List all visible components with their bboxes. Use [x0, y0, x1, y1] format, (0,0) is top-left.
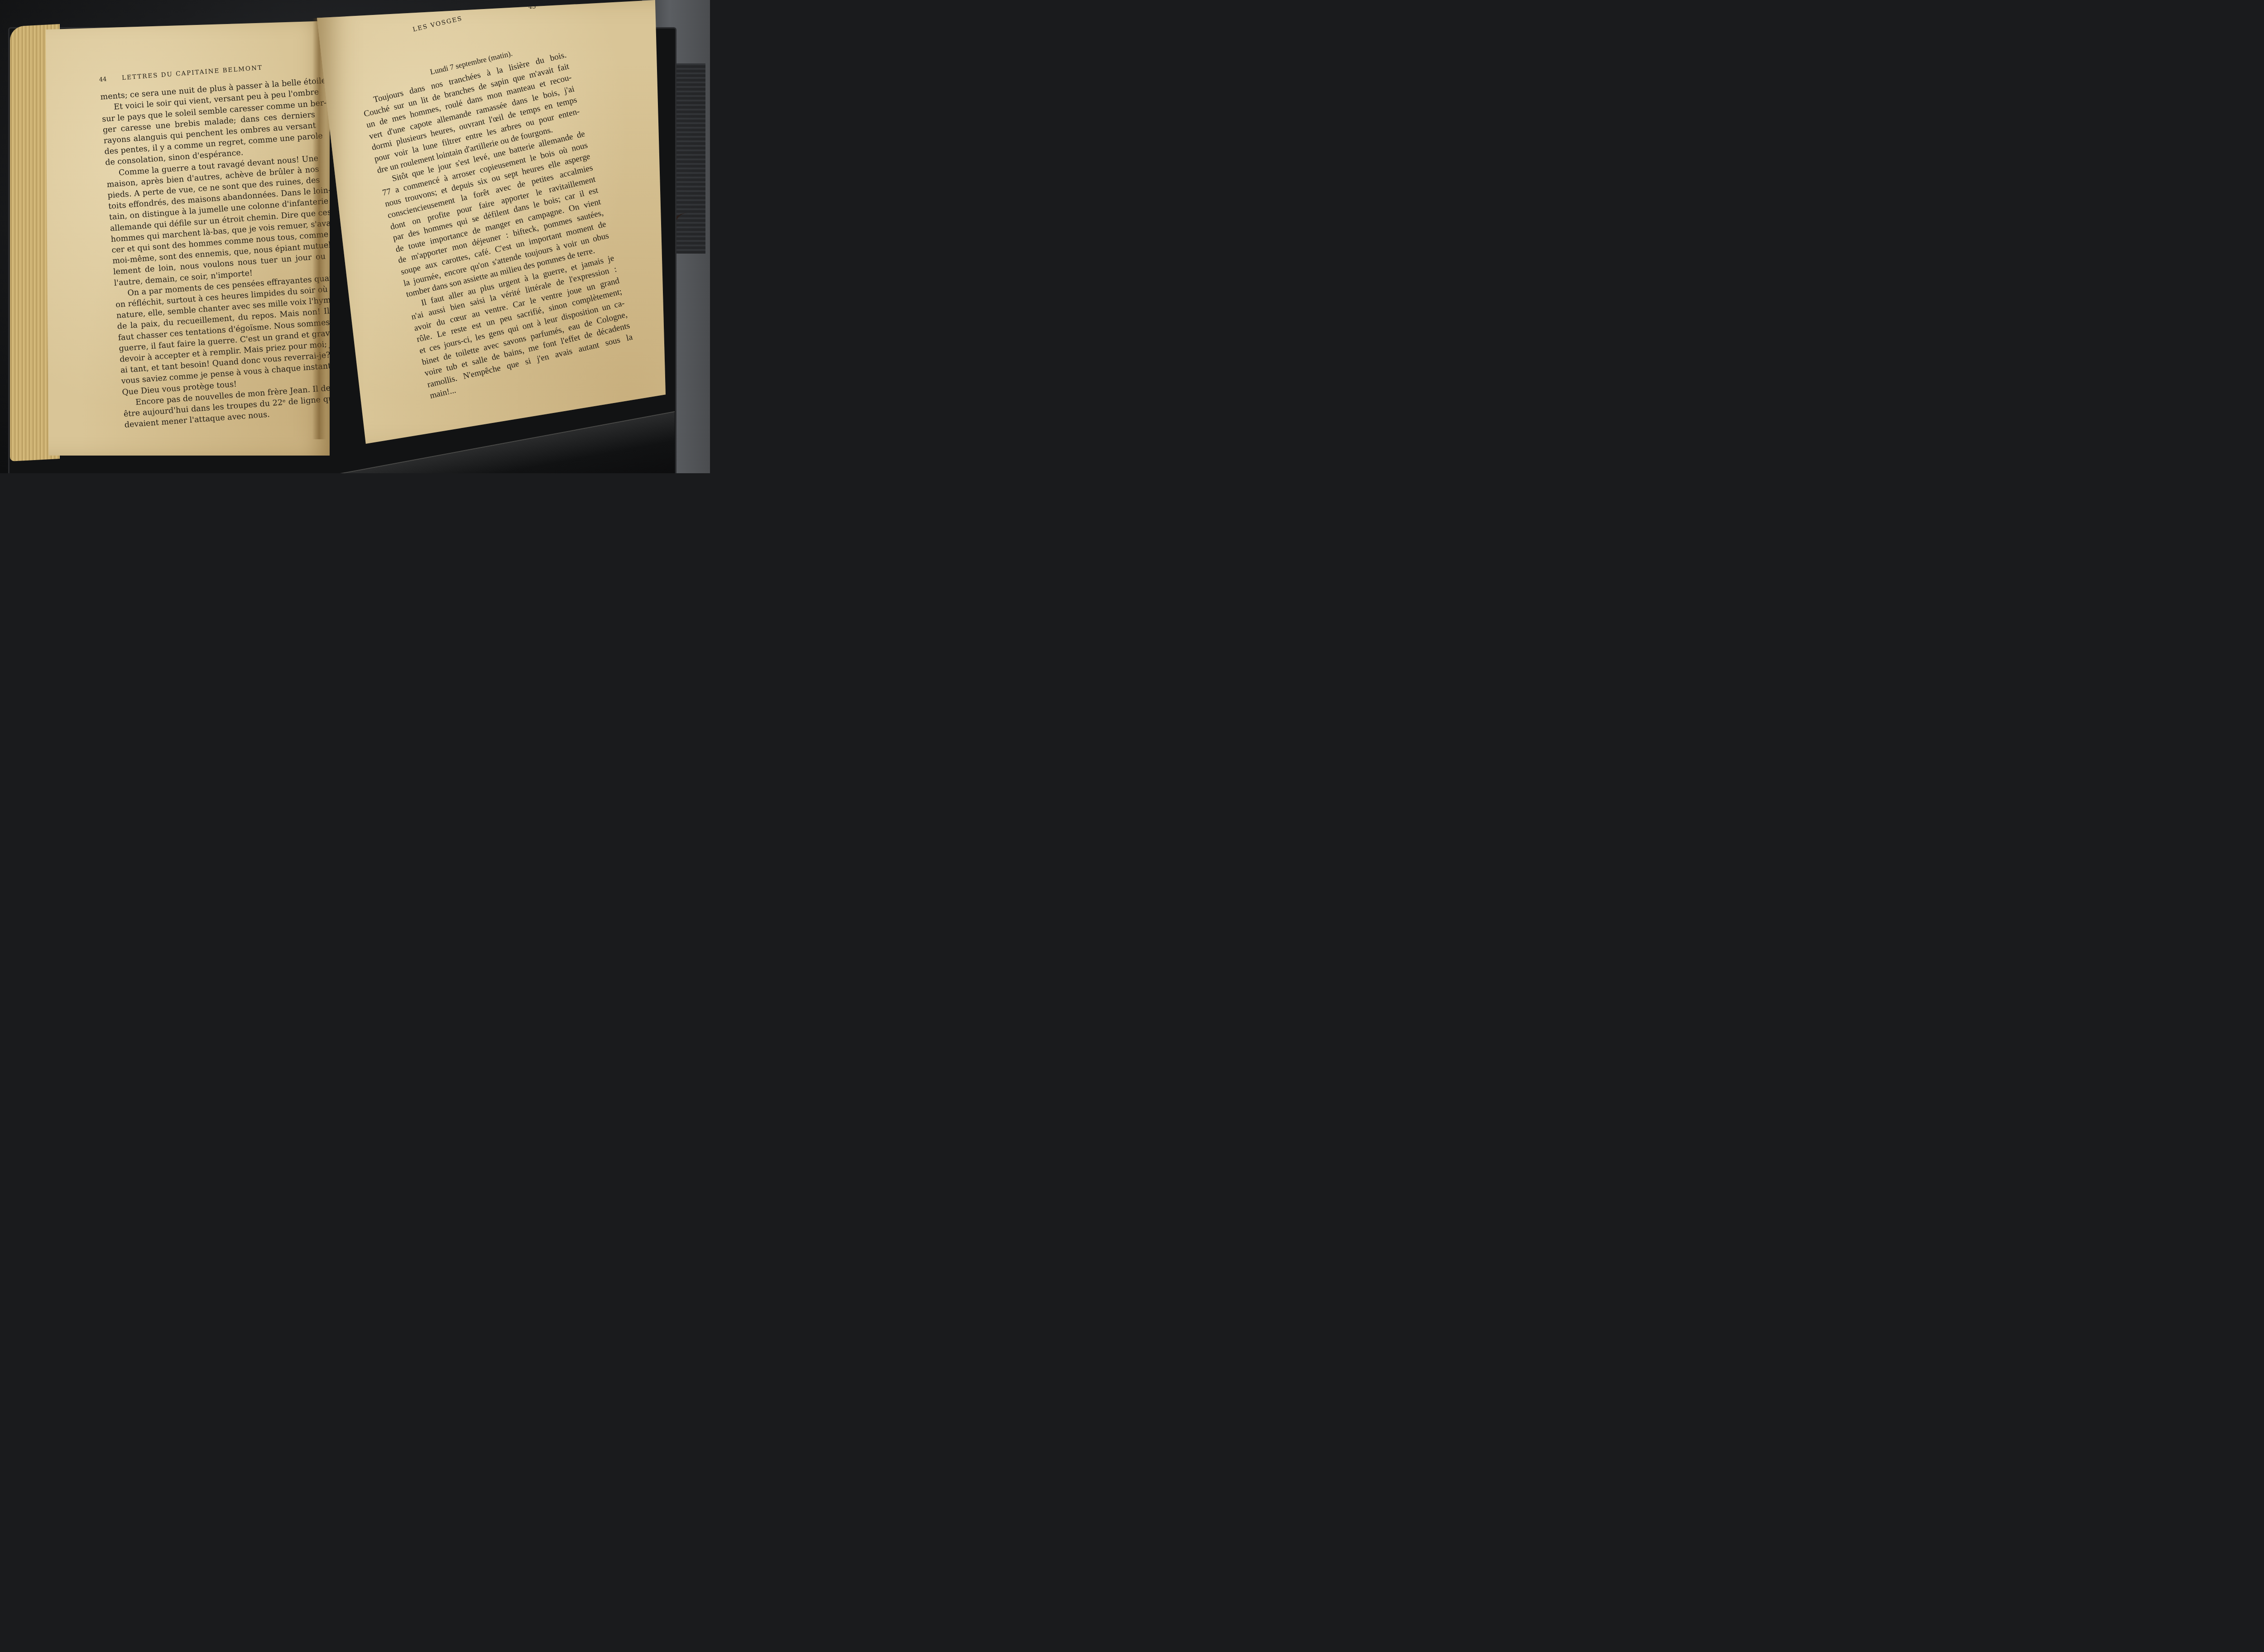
right-running-head: LES VOSGES [412, 15, 463, 34]
photo-scene: 44 LETTRES DU CAPITAINE BELMONT ments; c… [0, 0, 710, 473]
book-gutter [312, 18, 326, 439]
page-number-left: 44 [99, 74, 107, 86]
right-body: Toujours dans nos tranchées à la lisière… [360, 49, 637, 402]
right-page: 45 LES VOSGES Lundi 7 septembre (matin).… [317, 0, 666, 448]
page-number-right: 45 [528, 4, 536, 10]
right-page-text: Toujours dans nos tranchées à la lisière… [360, 49, 637, 402]
left-body: ments; ce sera une nuit de plus à passer… [100, 77, 330, 431]
left-page: 44 LETTRES DU CAPITAINE BELMONT ments; c… [40, 21, 330, 456]
left-page-text: 44 LETTRES DU CAPITAINE BELMONT ments; c… [99, 59, 330, 431]
running-head-title: LETTRES DU CAPITAINE BELMONT [121, 62, 263, 83]
